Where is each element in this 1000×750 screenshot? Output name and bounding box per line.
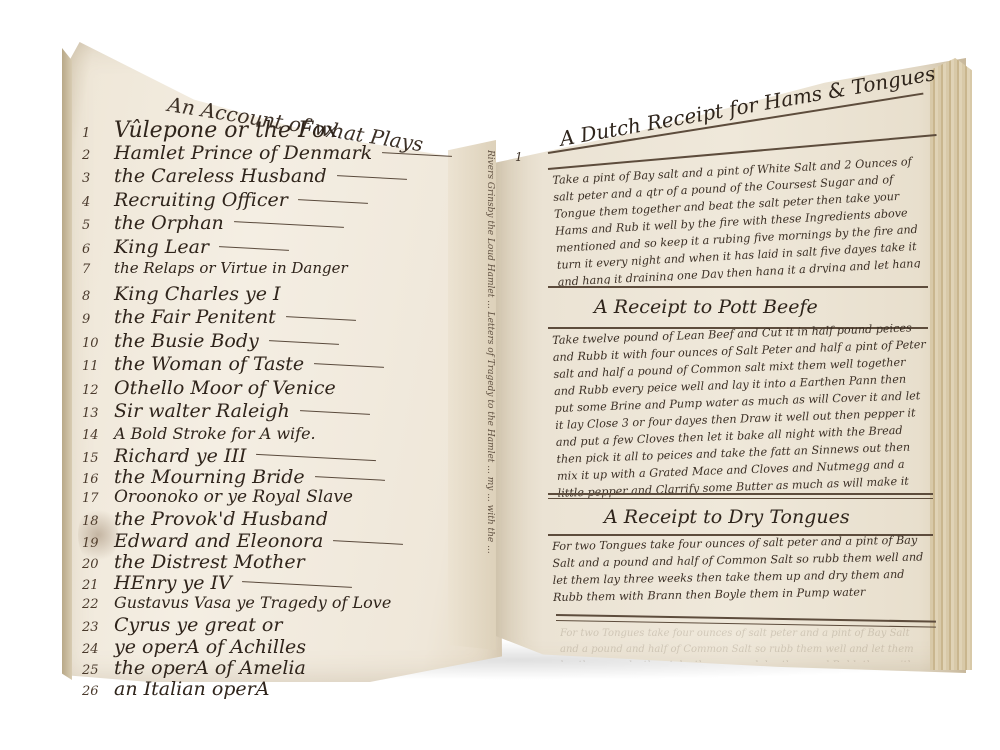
rule-line	[300, 410, 370, 415]
rule-line	[234, 221, 344, 228]
right-page-edge	[930, 58, 972, 670]
rule-line	[337, 175, 407, 180]
list-item: 6King Lear	[82, 236, 289, 260]
rule-line	[548, 493, 933, 495]
rule-line	[548, 498, 933, 499]
rule-line	[242, 581, 352, 588]
manuscript-photo: Rivers Grinsby the Loud Hamlet ... Lette…	[0, 0, 1000, 750]
rule-line	[256, 454, 376, 461]
rule-line	[286, 316, 356, 321]
recipe-body-hams-tongues: Take a pint of Bay salt and a pint of Wh…	[552, 153, 930, 287]
list-item: 7the Relaps or Virtue in Danger	[82, 259, 348, 283]
list-item: 11the Woman of Taste	[82, 353, 384, 377]
rule-line	[269, 340, 339, 345]
rule-line	[333, 540, 403, 545]
ink-stain	[78, 505, 118, 565]
list-item: 9the Fair Penitent	[82, 306, 356, 330]
list-item: 10the Busie Body	[82, 330, 339, 354]
rule-line	[548, 286, 928, 288]
recipe-body-pott-beefe: Take twelve pound of Lean Beef and Cut i…	[552, 319, 932, 502]
list-item: 5the Orphan	[82, 212, 344, 236]
list-item: 12Othello Moor of Venice	[82, 377, 336, 401]
left-page-edge	[62, 48, 72, 680]
gutter-marginal-note: Rivers Grinsby the Loud Hamlet ... Lette…	[455, 150, 495, 630]
rule-line	[219, 246, 289, 251]
rule-line	[298, 199, 368, 204]
list-item: 26an Italian operA	[82, 678, 269, 702]
recipe-heading-dry-tongues: A Receipt to Dry Tongues	[604, 506, 850, 528]
list-item: 3the Careless Husband	[82, 165, 407, 189]
recipe-heading-pott-beefe: A Receipt to Pott Beefe	[594, 296, 818, 318]
page-number: 1	[515, 150, 523, 164]
list-item: 1Vûlepone or the Fox	[82, 118, 338, 142]
rule-line	[382, 152, 452, 157]
recipe-body-dry-tongues: For two Tongues take four ounces of salt…	[552, 531, 932, 628]
list-item: 13Sir walter Raleigh	[82, 400, 370, 424]
bleed-through-text: For two Tongues take four ounces of salt…	[560, 626, 920, 662]
list-item: 8King Charles ye I	[82, 283, 281, 307]
list-item: 4Recruiting Officer	[82, 189, 368, 213]
list-item: 2Hamlet Prince of Denmark	[82, 142, 452, 166]
rule-line	[314, 363, 384, 368]
rule-line	[315, 476, 385, 481]
